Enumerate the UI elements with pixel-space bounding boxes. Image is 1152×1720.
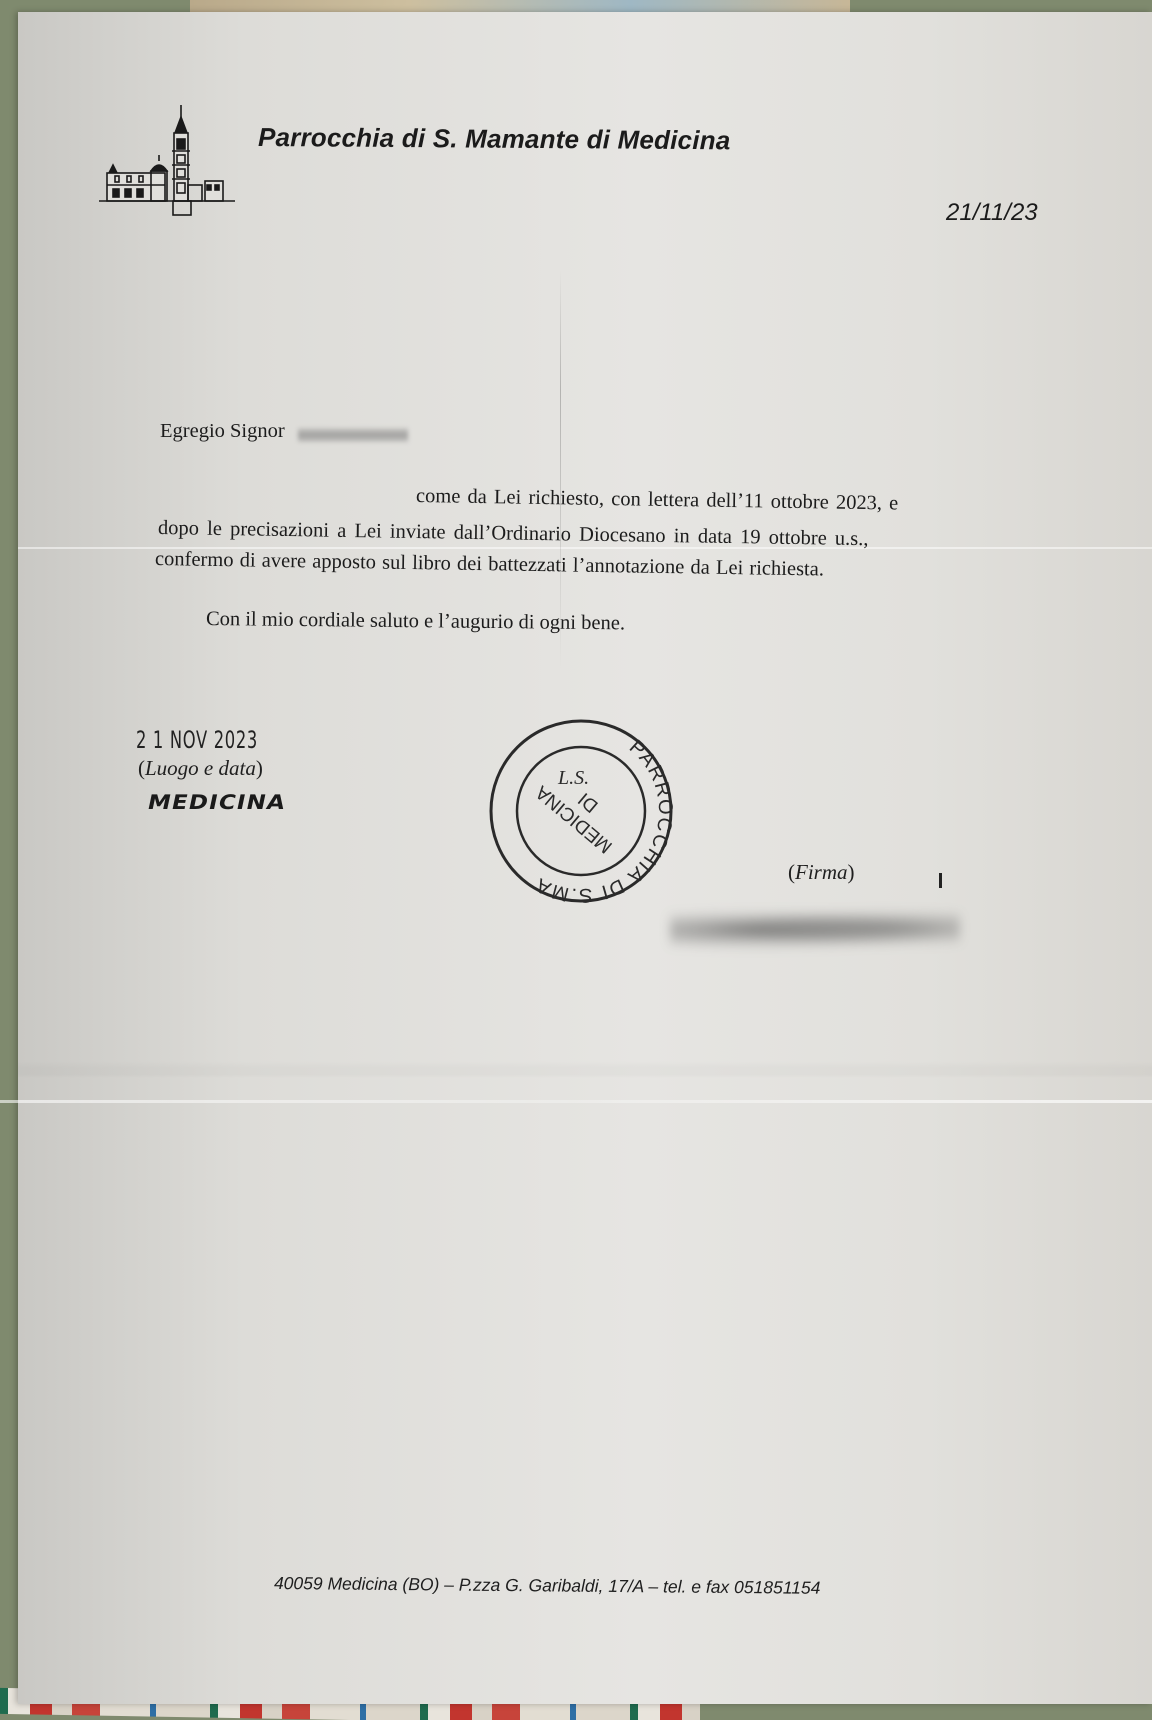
seal-inner-text-1: MEDICINA (532, 781, 617, 857)
paren-open: ( (138, 756, 145, 780)
paren-close: ) (848, 860, 855, 884)
parish-seal-stamp: PARROCCHIA DI S.MAMANTE L.S. MEDICINA DI (488, 718, 674, 904)
paper-crease (560, 270, 561, 670)
paper-fold (0, 1100, 1152, 1103)
place-date-label-text: Luogo e data (145, 756, 256, 780)
church-bell-tower-icon (95, 103, 237, 223)
seal-center-text: L.S. (557, 767, 589, 789)
letter-date: 21/11/23 (946, 199, 1038, 227)
place-date-label: (Luogo e data) (138, 756, 263, 781)
paren-open: ( (788, 860, 795, 884)
closing-line: Con il mio cordiale saluto e l’augurio d… (206, 608, 625, 635)
signature-label: (Firma) (788, 860, 855, 885)
signature-label-text: Firma (795, 860, 848, 884)
redacted-signature (670, 910, 960, 950)
pen-mark (939, 873, 942, 888)
date-stamp: 2 1 NOV 2023 (136, 726, 258, 754)
redacted-recipient-name (298, 428, 408, 442)
parish-name-heading: Parrocchia di S. Mamante di Medicina (258, 122, 731, 156)
paren-close: ) (256, 756, 263, 780)
handwritten-place: MEDICINA (145, 790, 288, 814)
salutation: Egregio Signor (160, 420, 285, 443)
